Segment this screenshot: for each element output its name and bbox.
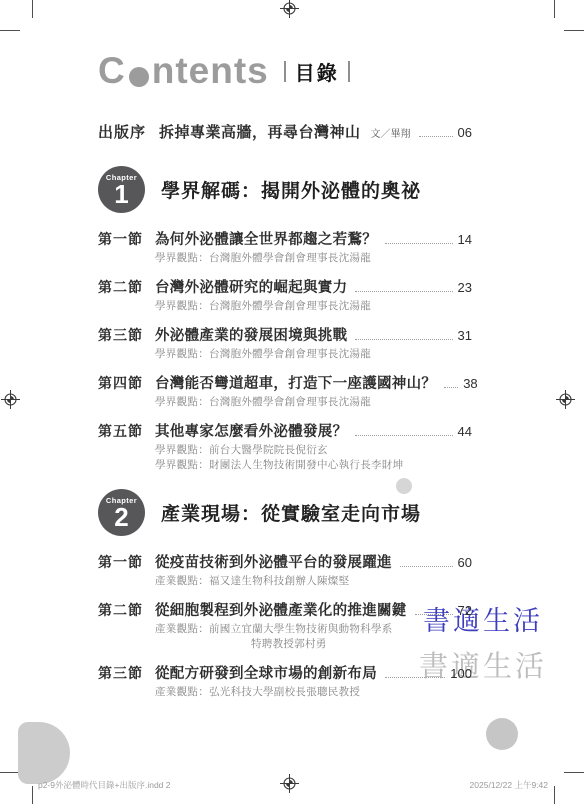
section-title: 其他專家怎麼看外泌體發展？ [155,420,347,441]
chapter-badge-number: 1 [114,182,128,207]
crop-mark [0,30,20,31]
section-label: 第三節 [98,663,144,683]
crop-mark [32,786,33,804]
toc-entry-row: 第二節 台灣外泌體研究的崛起與實力 23 [98,276,472,297]
section-title: 從疫苗技術到外泌體平台的發展躍進 [155,551,392,572]
section-label: 第五節 [98,421,144,441]
toc-entry-row: 第三節 從配方研發到全球市場的創新布局 100 [98,662,472,683]
section-page-number: 100 [450,666,472,681]
chapter-title-main: 從實驗室走向市場 [261,504,421,525]
toc-title-zh: 目錄 [295,57,339,86]
section-page-number: 38 [463,376,477,391]
section-label: 第二節 [98,277,144,297]
contents-letters-rest: ntents [152,48,269,94]
footer-filename: p2-9外泌體時代目錄+出版序.indd 2 [38,779,171,791]
dotted-leader [355,291,452,292]
section-title: 從配方研發到全球市場的創新布局 [155,662,377,683]
registration-mark-icon [280,774,299,793]
toc-entry: 第四節 台灣能否彎道超車，打造下一座護國神山？ 38 學界觀點：台灣胞外體學會創… [98,372,472,410]
dotted-leader [444,387,458,388]
note-list: 學界觀點：台灣胞外體學會創會理事長沈湯龍 [155,347,472,362]
contents-wordmark: Cntents [98,48,269,94]
note-list: 產業觀點：福又達生物科技創辦人陳燦堅 [155,574,472,589]
section-label: 第三節 [98,325,144,345]
section-note: 產業觀點：前國立宜蘭大學生物技術與動物科學系 [155,622,472,637]
divider-bar [348,61,350,82]
section-note: 學界觀點：台灣胞外體學會創會理事長沈湯龍 [155,395,472,410]
dotted-leader [400,566,453,567]
preface-row: 出版序 拆掉專業高牆，再尋台灣神山 文／畢翔 06 [98,121,472,142]
note-list: 學界觀點：台灣胞外體學會創會理事長沈湯龍 [155,299,472,314]
section-title: 外泌體產業的發展困境與挑戰 [155,324,347,345]
section-list: 第一節 為何外泌體讓全世界都趨之若鶩？ 14 學界觀點：台灣胞外體學會創會理事長… [98,228,472,473]
toc-entry-row: 第二節 從細胞製程到外泌體產業化的推進關鍵 72 [98,599,472,620]
section-note: 學界觀點：台灣胞外體學會創會理事長沈湯龍 [155,251,472,266]
section-title: 台灣能否彎道超車，打造下一座護國神山？ [155,372,436,393]
crop-mark [0,772,20,773]
note-list: 學界觀點：台灣胞外體學會創會理事長沈湯龍 [155,251,472,266]
dotted-leader [419,136,453,137]
section-label: 第二節 [98,600,144,620]
decorative-blob [18,722,70,784]
toc-entry-row: 第三節 外泌體產業的發展困境與挑戰 31 [98,324,472,345]
section-note: 學界觀點：台灣胞外體學會創會理事長沈湯龍 [155,299,472,314]
chapters: Chapter 1 學界解碼：揭開外泌體的奧祕 第一節 為何外泌體讓全世界都趨之… [98,166,472,700]
toc-entry: 第一節 從疫苗技術到外泌體平台的發展躍進 60 產業觀點：福又達生物科技創辦人陳… [98,551,472,589]
toc-entry: 第二節 台灣外泌體研究的崛起與實力 23 學界觀點：台灣胞外體學會創會理事長沈湯… [98,276,472,314]
note-list: 產業觀點：前國立宜蘭大學生物技術與動物科學系 特聘教授郭村勇 [155,622,472,652]
section-label: 第四節 [98,373,144,393]
chapter-block: Chapter 1 學界解碼：揭開外泌體的奧祕 第一節 為何外泌體讓全世界都趨之… [98,166,472,473]
dotted-leader [355,435,452,436]
toc-page: Cntents 目錄 出版序 拆掉專業高牆，再尋台灣神山 文／畢翔 06 Cha… [98,48,472,710]
chapter-badge: Chapter 2 [98,489,145,536]
chapter-badge-number: 2 [114,505,128,530]
chapter-title-prefix: 學界解碼： [161,181,261,202]
chapter-title-prefix: 產業現場： [161,504,261,525]
chapter-header: Chapter 1 學界解碼：揭開外泌體的奧祕 [98,166,472,213]
section-page-number: 60 [458,555,472,570]
section-page-number: 72 [458,603,472,618]
registration-mark-icon [1,390,20,409]
section-page-number: 23 [458,280,472,295]
dotted-leader [415,614,453,615]
toc-title-zh-group: 目錄 [284,57,350,86]
section-title: 為何外泌體讓全世界都趨之若鶩？ [155,228,377,249]
dotted-leader [385,243,453,244]
note-list: 學界觀點：台灣胞外體學會創會理事長沈湯龍 [155,395,472,410]
note-list: 產業觀點：弘光科技大學副校長張聰民教授 [155,685,472,700]
section-note: 學界觀點：財團法人生物技術開發中心執行長李財坤 [155,458,472,473]
preface-title: 拆掉專業高牆，再尋台灣神山 [159,121,361,142]
note-list: 學界觀點：前台大醫學院院長倪衍玄 學界觀點：財團法人生物技術開發中心執行長李財坤 [155,443,472,473]
divider-bar [284,61,286,82]
section-page-number: 44 [458,424,472,439]
toc-entry-row: 第一節 從疫苗技術到外泌體平台的發展躍進 60 [98,551,472,572]
preface-author: 文／畢翔 [371,125,411,140]
toc-entry: 第二節 從細胞製程到外泌體產業化的推進關鍵 72 產業觀點：前國立宜蘭大學生物技… [98,599,472,652]
section-list: 第一節 從疫苗技術到外泌體平台的發展躍進 60 產業觀點：福又達生物科技創辦人陳… [98,551,472,700]
crop-mark [564,30,584,31]
registration-mark-icon [556,390,575,409]
section-note: 產業觀點：福又達生物科技創辦人陳燦堅 [155,574,472,589]
chapter-title-main: 揭開外泌體的奧祕 [261,181,421,202]
dotted-leader [385,677,445,678]
toc-entry-row: 第四節 台灣能否彎道超車，打造下一座護國神山？ 38 [98,372,472,393]
dotted-leader [355,339,452,340]
section-page-number: 14 [458,232,472,247]
toc-entry: 第三節 從配方研發到全球市場的創新布局 100 產業觀點：弘光科技大學副校長張聰… [98,662,472,700]
toc-entry: 第一節 為何外泌體讓全世界都趨之若鶩？ 14 學界觀點：台灣胞外體學會創會理事長… [98,228,472,266]
preface-label: 出版序 [98,121,146,142]
crop-mark [32,0,33,18]
footer-timestamp: 2025/12/22 上午9:42 [470,779,548,791]
toc-header: Cntents 目錄 [98,48,472,94]
decorative-circle [486,718,518,750]
crop-mark [564,772,584,773]
chapter-badge: Chapter 1 [98,166,145,213]
preface-page-number: 06 [458,125,472,140]
crop-mark [554,786,555,804]
toc-entry: 第三節 外泌體產業的發展困境與挑戰 31 學界觀點：台灣胞外體學會創會理事長沈湯… [98,324,472,362]
toc-entry-row: 第五節 其他專家怎麼看外泌體發展？ 44 [98,420,472,441]
chapter-title: 學界解碼：揭開外泌體的奧祕 [161,176,421,203]
chapter-title: 產業現場：從實驗室走向市場 [161,499,421,526]
contents-o-dot-icon [129,67,149,87]
section-title: 台灣外泌體研究的崛起與實力 [155,276,347,297]
section-note: 學界觀點：前台大醫學院院長倪衍玄 [155,443,472,458]
section-note: 產業觀點：弘光科技大學副校長張聰民教授 [155,685,472,700]
contents-letter-c: C [98,48,126,94]
toc-entry-row: 第一節 為何外泌體讓全世界都趨之若鶩？ 14 [98,228,472,249]
crop-mark [554,0,555,18]
toc-entry: 第五節 其他專家怎麼看外泌體發展？ 44 學界觀點：前台大醫學院院長倪衍玄 學界… [98,420,472,473]
section-note: 學界觀點：台灣胞外體學會創會理事長沈湯龍 [155,347,472,362]
registration-mark-icon [280,0,299,18]
section-page-number: 31 [458,328,472,343]
chapter-header: Chapter 2 產業現場：從實驗室走向市場 [98,489,472,536]
section-title: 從細胞製程到外泌體產業化的推進關鍵 [155,599,407,620]
chapter-block: Chapter 2 產業現場：從實驗室走向市場 第一節 從疫苗技術到外泌體平台的… [98,489,472,700]
section-note: 特聘教授郭村勇 [251,637,472,652]
section-label: 第一節 [98,229,144,249]
section-label: 第一節 [98,552,144,572]
